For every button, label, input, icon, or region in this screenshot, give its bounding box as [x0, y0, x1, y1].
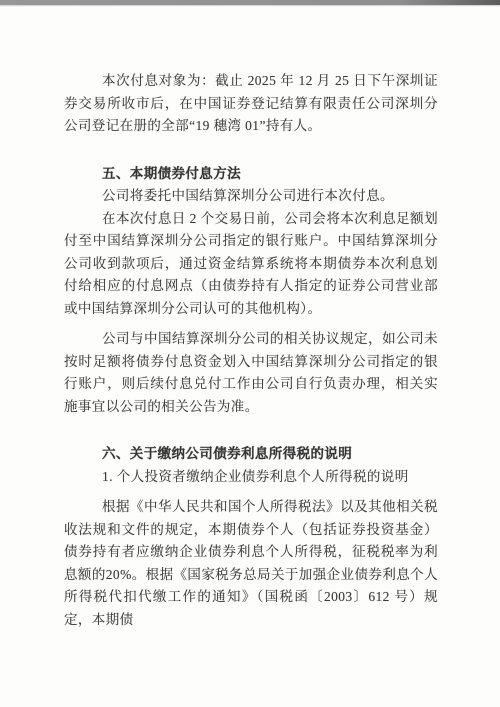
- document-content: 本次付息对象为：截止 2025 年 12 月 25 日下午深圳证券交易所收市后，…: [64, 70, 438, 631]
- paragraph: 本次付息对象为：截止 2025 年 12 月 25 日下午深圳证券交易所收市后，…: [64, 70, 438, 138]
- document-page: 本次付息对象为：截止 2025 年 12 月 25 日下午深圳证券交易所收市后，…: [0, 0, 500, 707]
- section-heading: 五、本期债券付息方法: [64, 163, 438, 186]
- paragraph: 公司与中国结算深圳分公司的相关协议规定，如公司未按时足额将债券付息资金划入中国结…: [64, 328, 438, 418]
- paragraph: 根据《中华人民共和国个人所得税法》以及其他相关税收法规和文件的规定，本期债券个人…: [64, 496, 438, 631]
- paragraph: 公司将委托中国结算深圳分公司进行本次付息。: [64, 185, 438, 208]
- paragraph: 在本次付息日 2 个交易日前，公司会将本次利息足额划付至中国结算深圳分公司指定的…: [64, 208, 438, 321]
- paragraph: 1. 个人投资者缴纳企业债券利息个人所得税的说明: [64, 466, 438, 489]
- scan-artifact-bar: [0, 0, 500, 5]
- section-heading: 六、关于缴纳公司债券利息所得税的说明: [64, 443, 438, 466]
